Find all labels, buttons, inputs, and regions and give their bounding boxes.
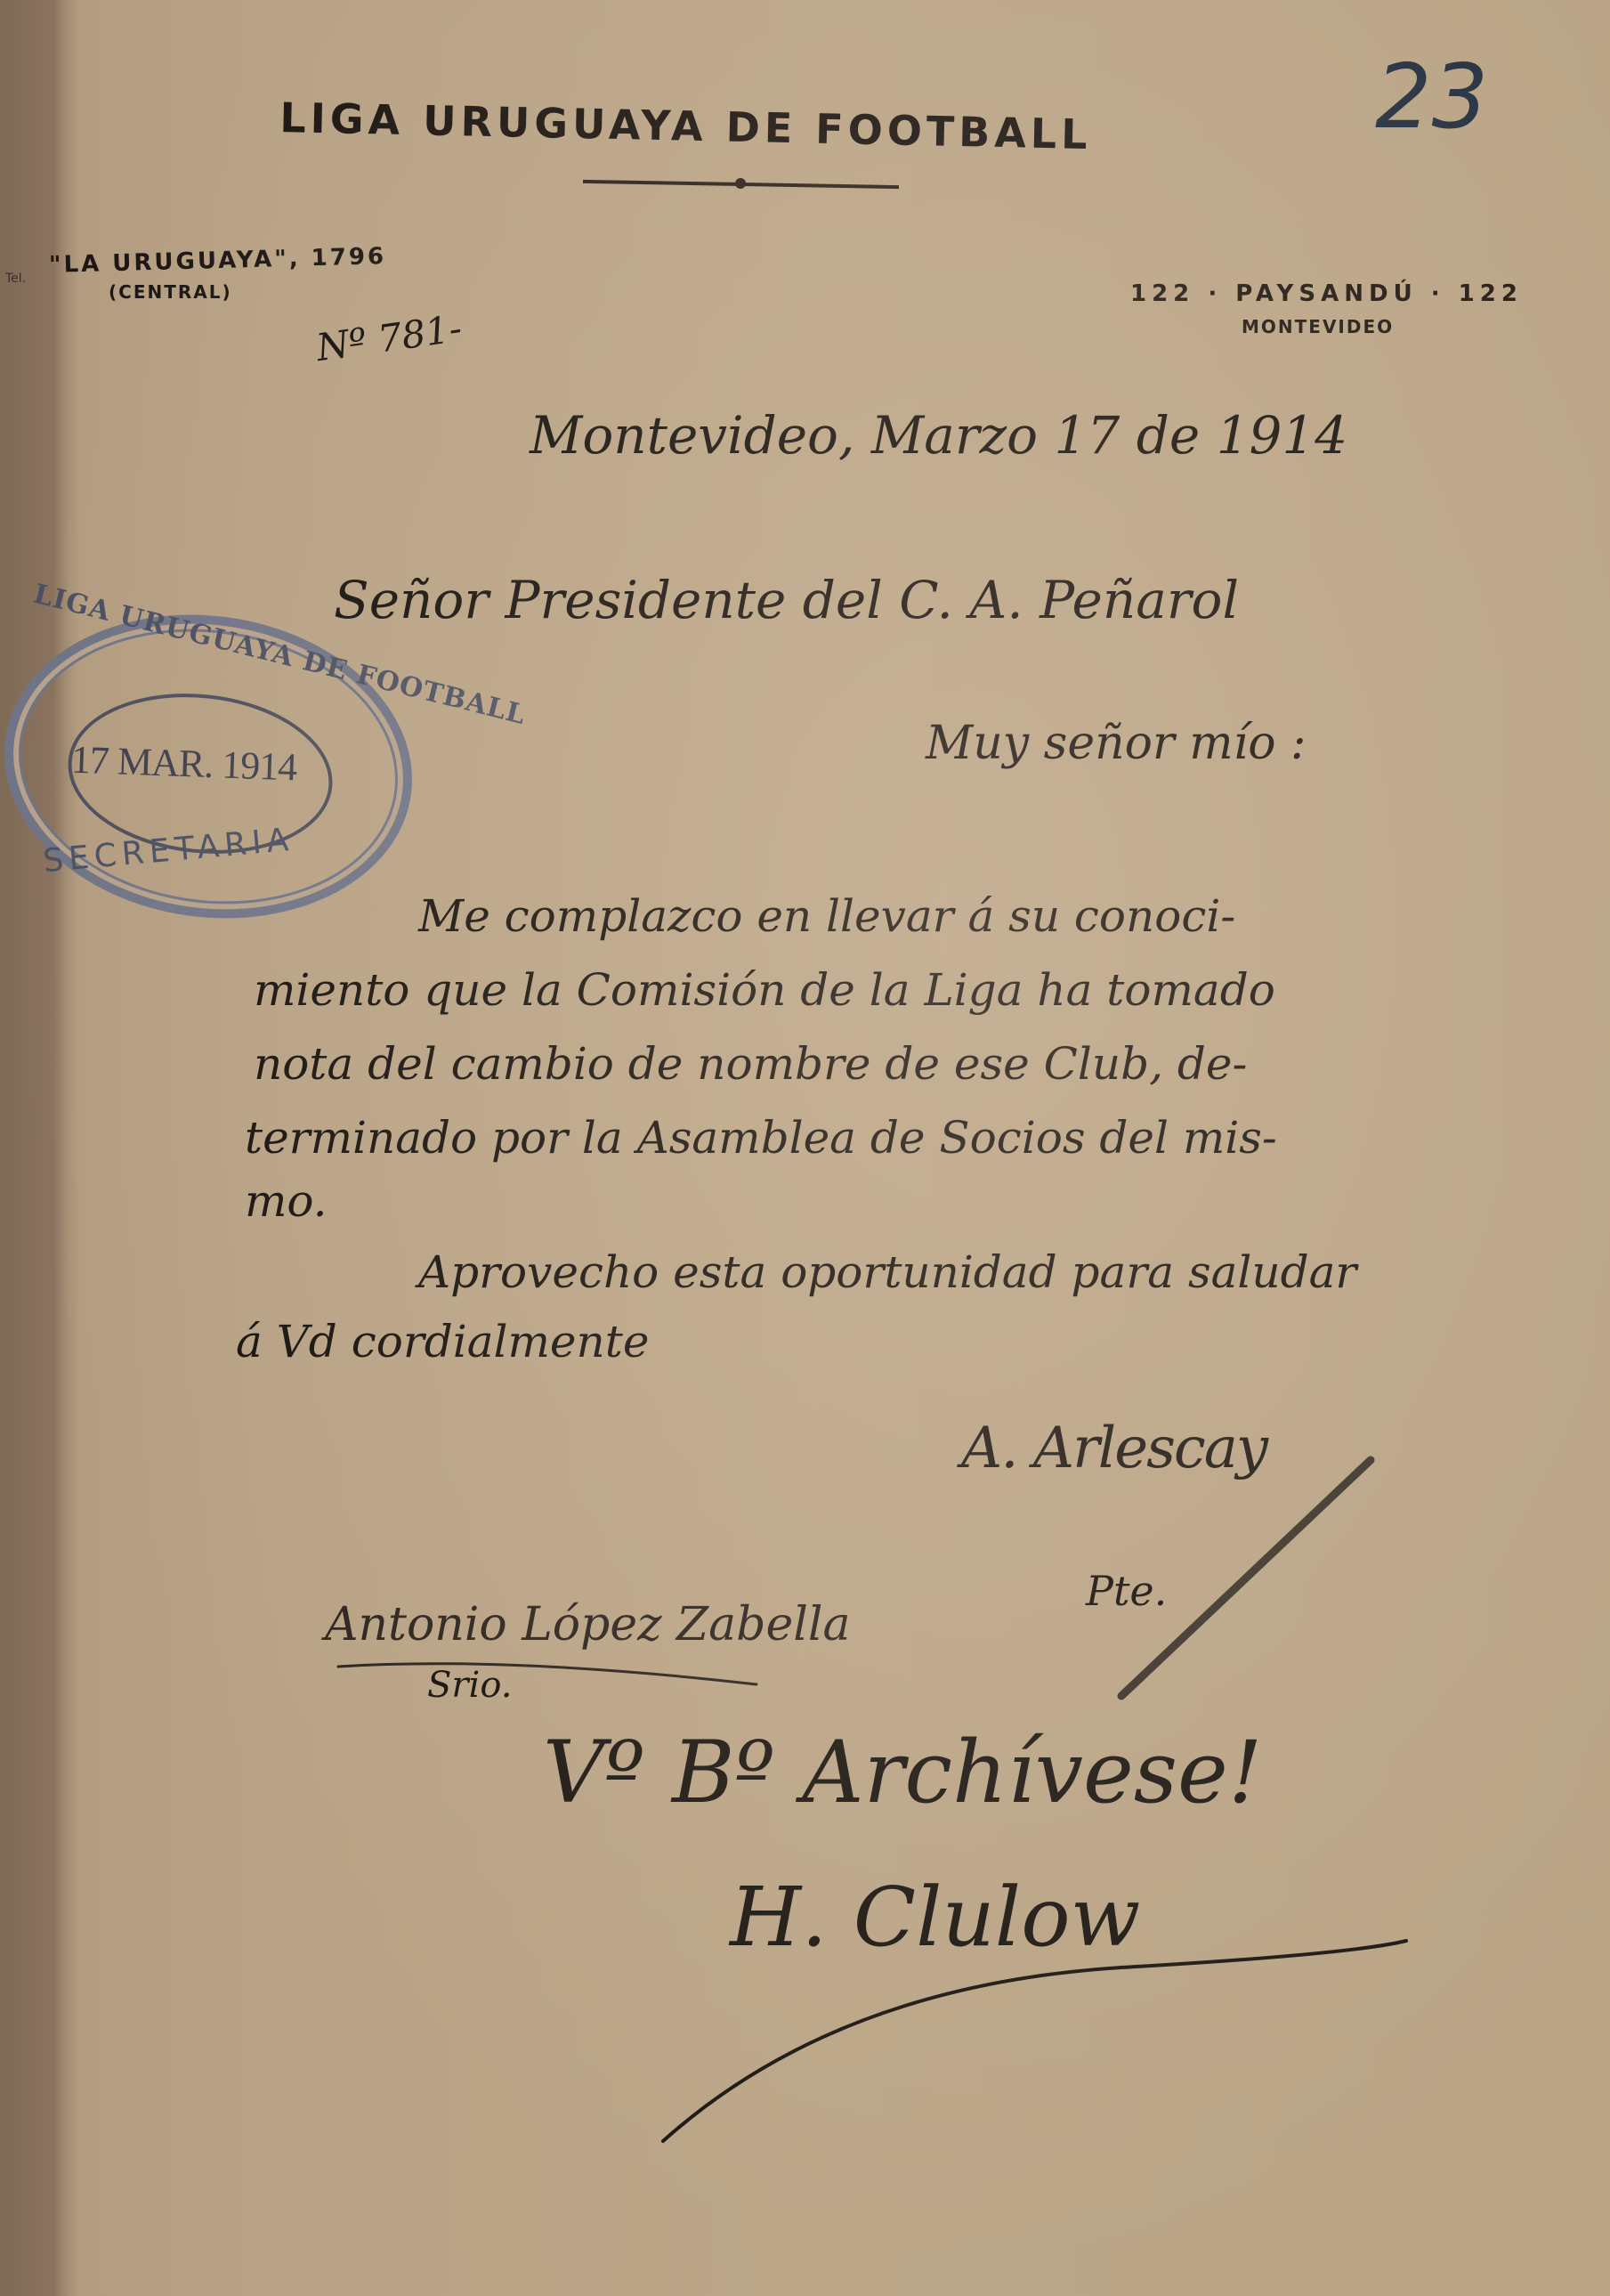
annotation-flourish [659, 1932, 1424, 2146]
reference-number: Nº 781- [313, 306, 464, 369]
addressee: Señor Presidente del C. A. Peñarol [334, 570, 1239, 630]
secretary-underline [329, 1656, 774, 1692]
letterhead-title: LIGA URUGUAYA DE FOOTBALL [279, 93, 1092, 158]
folio-number: 23 [1375, 45, 1488, 149]
body-line: Me complazco en llevar á su conoci- [418, 890, 1235, 942]
place-date: Montevideo, Marzo 17 de 1914 [530, 405, 1347, 466]
city: MONTEVIDEO [1242, 316, 1394, 337]
body-line: Aprovecho esta oportunidad para saludar [418, 1246, 1356, 1298]
letterhead-divider-dot [735, 178, 746, 189]
secretary-signature: Antonio López Zabella [325, 1598, 850, 1651]
telephone-number: "LA URUGUAYA", 1796 [49, 243, 387, 279]
body-line: nota del cambio de nombre de ese Club, d… [254, 1038, 1247, 1090]
letter-page: LIGA URUGUAYA DE FOOTBALL Tel. "LA URUGU… [0, 0, 1610, 2296]
body-line: á Vd cordialmente [236, 1316, 649, 1367]
street-address: 122 · PAYSANDÚ · 122 [1130, 280, 1523, 307]
body-line: mo. [245, 1175, 328, 1227]
greeting: Muy señor mío : [926, 717, 1307, 770]
body-line: terminado por la Asamblea de Socios del … [245, 1112, 1277, 1164]
archive-annotation: Vº Bº Archívese! [543, 1723, 1262, 1822]
president-title: Pte. [1086, 1567, 1167, 1615]
secretary-title: Srio. [427, 1665, 512, 1706]
body-line: miento que la Comisión de la Liga ha tom… [254, 964, 1275, 1016]
telephone-exchange: (CENTRAL) [109, 281, 232, 303]
telephone-prefix: Tel. [5, 272, 26, 286]
stamp-date: 17 MAR. 1914 [70, 737, 297, 791]
